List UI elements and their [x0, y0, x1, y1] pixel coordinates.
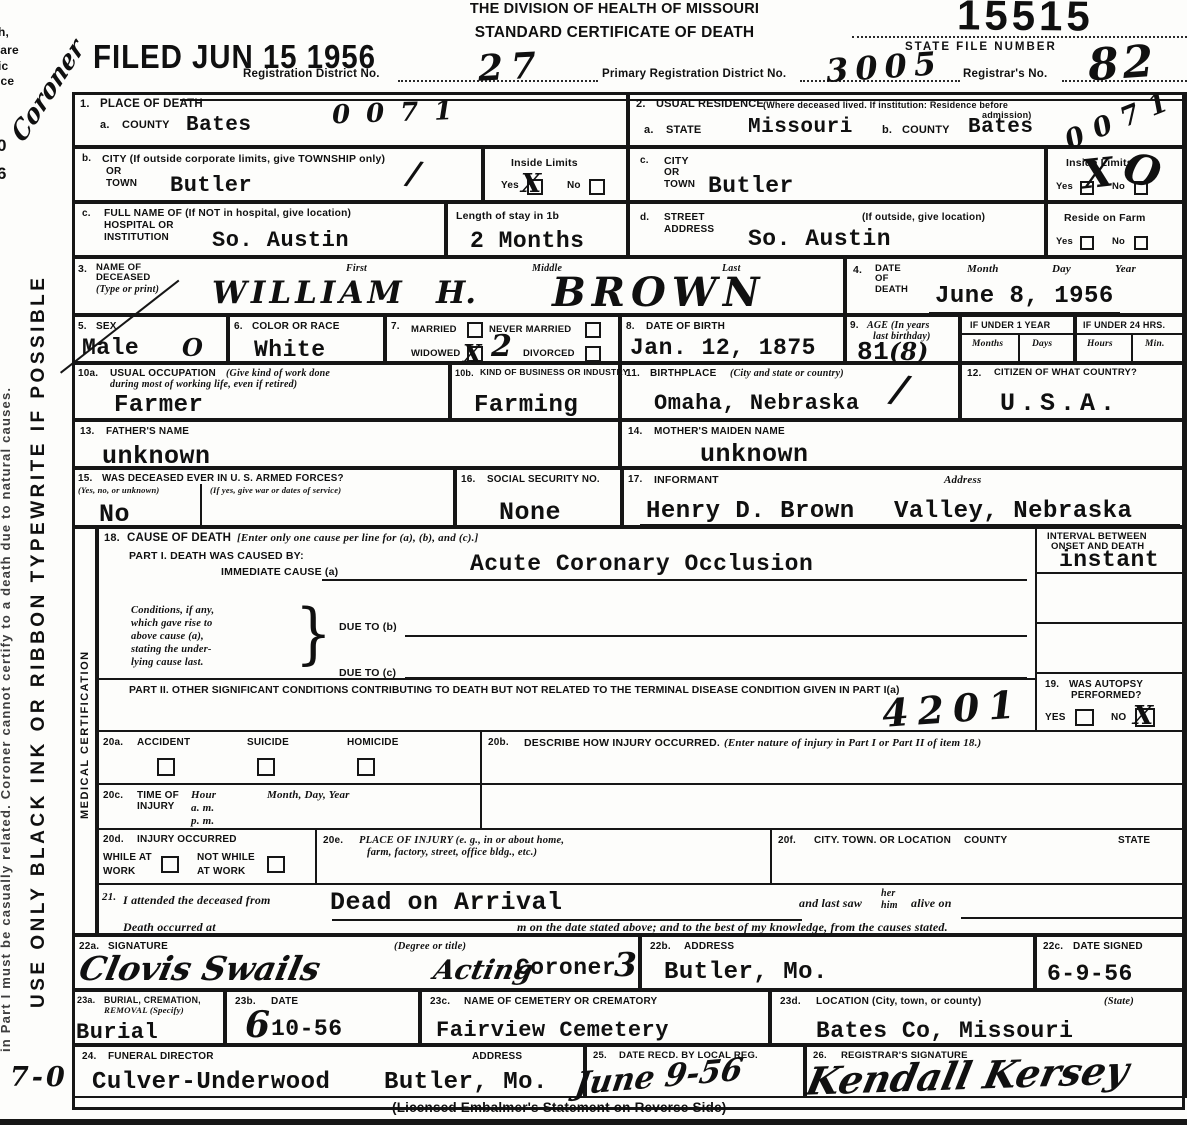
sub-label: a. [644, 124, 654, 137]
conditions-label: lying cause last. [131, 657, 204, 669]
state-label: STATE [1118, 835, 1150, 847]
street-value: So. Austin [748, 226, 891, 252]
margin-page-code: 7-0 [10, 1062, 68, 1093]
medical-certification-strip: MEDICAL CERTIFICATION [72, 527, 97, 935]
field-6-color-or-race: 6. COLOR OR RACE White [228, 315, 385, 363]
field-no: 15. [78, 473, 93, 485]
field-12-citizen: 12. CITIZEN OF WHAT COUNTRY? U.S.A. [960, 363, 1187, 420]
field-10a-occupation: 10a. USUAL OCCUPATION (Give kind of work… [72, 363, 450, 420]
field-label: REMOVAL (Specify) [104, 1005, 184, 1015]
yes-label: YES [1045, 712, 1066, 724]
no-checkbox [1134, 236, 1148, 250]
field-no: 23d. [780, 996, 801, 1008]
field-label: CAUSE OF DEATH [127, 532, 231, 545]
edge-fragment: fare [0, 44, 19, 58]
hospital-value: So. Austin [212, 228, 349, 253]
cause-a-line [322, 579, 1027, 581]
field-no: 24. [82, 1051, 97, 1063]
her-label: her [881, 888, 896, 900]
due-b-line [405, 635, 1027, 637]
months-label: Months [972, 339, 1003, 350]
field-label: DESCRIBE HOW INJURY OCCURRED. [524, 737, 720, 749]
sub-label: HOSPITAL OR [104, 220, 174, 232]
married-checkbox [467, 322, 483, 338]
field-label: CITY [664, 155, 689, 167]
field-no: 10b. [455, 368, 474, 378]
divider [1131, 333, 1133, 361]
sub-label: OR [664, 167, 679, 179]
primary-registration-district-value: 3005 [825, 44, 944, 90]
field-no: 25. [593, 1051, 607, 1062]
city-value: Butler [170, 173, 252, 198]
residence-limits-x-mark: X [1080, 149, 1116, 199]
month-day-year-label: Month, Day, Year [267, 789, 350, 802]
sub-label: COUNTY [902, 124, 950, 137]
birthplace-value: Omaha, Nebraska [654, 391, 860, 416]
field-label: LOCATION (City, town, or county) [816, 996, 981, 1008]
title-line2: STANDARD CERTIFICATE OF DEATH [437, 24, 792, 42]
funeral-director-value: Culver-Underwood [92, 1069, 330, 1096]
interval-cell: INTERVAL BETWEEN ONSET AND DEATH instant [1035, 527, 1187, 574]
accident-label: ACCIDENT [137, 737, 190, 749]
field-5-sex: 5. SEX Male O [72, 315, 228, 363]
field-1b-inside-limits: Inside Limits Yes No X [483, 147, 628, 202]
conditions-label: stating the under- [131, 644, 212, 656]
under-1-year-label: IF UNDER 1 YEAR [970, 320, 1050, 330]
attended-text: m on the date stated above; and to the b… [517, 921, 948, 935]
immediate-cause-label: IMMEDIATE CAUSE (a) [221, 566, 338, 578]
edge-fragment: 6 [0, 164, 7, 184]
field-label: INJURY OCCURRED [137, 834, 237, 846]
county-label: COUNTY [964, 835, 1007, 847]
date-signed-value: 6-9-56 [1047, 961, 1133, 987]
race-value: White [254, 337, 326, 363]
primary-registration-district-label: Primary Registration District No. [602, 68, 786, 81]
divider [200, 484, 202, 525]
field-label-paren: (Where deceased lived. If institution: R… [763, 100, 1008, 110]
field-label-paren: [Enter only one cause per line for (a), … [237, 532, 478, 545]
autopsy-label: PERFORMED? [1071, 690, 1142, 701]
field-no: 1. [80, 98, 90, 111]
degree-label: (Degree or title) [394, 941, 466, 953]
divorced-checkbox [585, 346, 601, 362]
ssn-value: None [499, 498, 561, 527]
sub-label: a. [100, 119, 110, 132]
edge-fragment: ice [0, 75, 14, 89]
field-23d-location: 23d. LOCATION (City, town, or county) (S… [770, 990, 1187, 1045]
degree-typed: Coroner [516, 955, 616, 981]
not-while-at-work-checkbox [267, 856, 285, 873]
father-value: unknown [102, 442, 211, 471]
field-label: AGE (In years [867, 320, 930, 332]
field-no: 20e. [323, 835, 343, 847]
farm-label: Reside on Farm [1064, 212, 1146, 224]
field-label-paren: (Give kind of work done [226, 368, 330, 380]
sub-label: b. [882, 124, 892, 137]
field-no: 18. [104, 532, 120, 545]
under-24-hrs-label: IF UNDER 24 HRS. [1083, 320, 1165, 330]
county-value: Bates [968, 116, 1034, 139]
field-no: 20f. [778, 835, 796, 847]
while-at-work-label: WHILE AT [103, 852, 152, 864]
attended-text: alive on [911, 897, 952, 911]
suicide-label: SUICIDE [247, 737, 289, 749]
address-label: Address [944, 474, 981, 487]
date-of-death-value: June 8, 1956 [929, 283, 1120, 314]
registrars-no-value: 82 [1086, 36, 1159, 92]
age-mark: (8) [889, 337, 928, 366]
field-label-paren: (Enter nature of injury in Part I or Par… [724, 737, 981, 750]
part2-label: PART II. OTHER SIGNIFICANT CONDITIONS CO… [129, 685, 900, 697]
field-no: 5. [78, 321, 87, 333]
field-1c-hospital: c. FULL NAME OF (If NOT in hospital, giv… [72, 202, 446, 257]
attended-text: and last saw [799, 897, 862, 911]
field-16-ssn: 16. SOCIAL SECURITY NO. None [455, 468, 622, 527]
field-24-funeral-director: 24. FUNERAL DIRECTOR ADDRESS Culver-Unde… [72, 1045, 585, 1098]
yes-x-mark: X [521, 169, 541, 199]
field-no: 20a. [103, 737, 123, 749]
no-label: NO [1111, 712, 1126, 724]
citizen-value: U.S.A. [1000, 389, 1120, 421]
field-no: b. [82, 153, 91, 165]
yes-label: Yes [501, 180, 519, 192]
field-20b-describe-injury: 20b. DESCRIBE HOW INJURY OCCURRED. (Ente… [480, 730, 1187, 785]
month-label: Month [967, 263, 999, 276]
field-label: DATE SIGNED [1073, 941, 1143, 953]
field-22b-address: 22b. ADDRESS Butler, Mo. [640, 935, 1035, 990]
not-while-label: NOT WHILE [197, 852, 255, 864]
title-line1: THE DIVISION OF HEALTH OF MISSOURI [437, 1, 792, 18]
edge-fragment: ic [0, 60, 8, 74]
brace-glyph: } [295, 594, 332, 672]
field-20c-time-of-injury: 20c. TIME OF INJURY Hour a. m. p. m. Mon… [97, 783, 482, 830]
field-no: 14. [628, 426, 643, 438]
margin-vertical-note-faint: in Part I must be casually related. Coro… [0, 387, 14, 1052]
no-checkbox [589, 179, 605, 195]
footer-note: (Licensed Embalmer's Statement on Revers… [392, 1100, 726, 1116]
field-23c-cemetery: 23c. NAME OF CEMETERY OR CREMATORY Fairv… [420, 990, 770, 1045]
field-no: 20d. [103, 834, 124, 846]
field-13-father: 13. FATHER'S NAME unknown [72, 420, 620, 468]
field-no: 7. [391, 321, 400, 333]
interval-cell-b [1035, 572, 1187, 624]
field-25-date-received: 25. DATE RECD. BY LOCAL REG. June 9-56 [585, 1045, 805, 1098]
field-label: USUAL RESIDENCE [656, 98, 764, 111]
name-first-value: William [212, 275, 406, 311]
autopsy-label: WAS AUTOPSY [1069, 679, 1143, 690]
marital-note-2: 2 [491, 329, 512, 364]
widowed-label: WIDOWED [411, 349, 460, 360]
margin-vertical-note-bold: USE ONLY BLACK INK OR RIBBON TYPEWRITE I… [28, 275, 50, 1008]
year-label: Year [1115, 263, 1136, 276]
while-at-work-checkbox [161, 856, 179, 873]
field-2c-inside-limits: Inside Limits Yes No [1046, 147, 1187, 202]
state-label: (State) [1104, 996, 1134, 1008]
am-label: a. m. [191, 802, 214, 815]
field-label: BIRTHPLACE [650, 368, 716, 380]
field-label-paren: (If yes, give war or dates of service) [210, 486, 341, 496]
county-value: Bates [186, 114, 252, 137]
field-label: PLACE OF INJURY (e. g., in or about home… [359, 835, 564, 847]
conditions-label: above cause (a), [131, 631, 204, 643]
field-no: 23c. [430, 996, 450, 1008]
inside-limits-label: Inside Limits [511, 157, 578, 169]
field-no: c. [640, 155, 649, 167]
registration-district-label: Registration District No. [243, 68, 380, 81]
interval-cell-c [1035, 622, 1187, 674]
conditions-label: Conditions, if any, [131, 605, 214, 617]
field-label: DATE OF BIRTH [646, 321, 725, 333]
field-23b-date: 23b. DATE 6 10-56 [225, 990, 420, 1045]
field-21-attended: 21. I attended the deceased from and las… [97, 883, 1187, 935]
edge-fragment: 0 [0, 136, 7, 156]
stay-value: 2 Months [470, 228, 584, 254]
days-label: Days [1032, 339, 1052, 350]
address-value: Butler, Mo. [664, 959, 828, 986]
field-label-paren: (City and state or country) [730, 368, 844, 380]
field-no: 2. [636, 98, 646, 111]
field-2d-reside-on-farm: Reside on Farm Yes No [1046, 202, 1187, 257]
field-9-if-under-1-year: IF UNDER 1 YEAR Months Days [960, 315, 1075, 363]
married-label: MARRIED [411, 325, 457, 336]
field-label: DEATH [875, 285, 908, 296]
field-14-mother: 14. MOTHER'S MAIDEN NAME unknown [620, 420, 1187, 468]
field-label: USUAL OCCUPATION [110, 368, 216, 380]
no-x-mark: X [1133, 701, 1153, 731]
state-file-number-value: 15515 [957, 0, 1094, 41]
field-19-autopsy: 19. WAS AUTOPSY PERFORMED? YES NO X [1035, 672, 1187, 732]
date-value: 10-56 [271, 1016, 343, 1042]
field-label: TIME OF [137, 790, 179, 802]
field-label: ADDRESS [684, 941, 734, 953]
field-8-date-of-birth: 8. DATE OF BIRTH Jan. 12, 1875 [620, 315, 845, 363]
occupation-value: Farmer [114, 392, 203, 419]
not-while-label: AT WORK [197, 866, 245, 878]
field-label: INFORMANT [654, 474, 719, 486]
accident-checkbox [157, 758, 175, 776]
attended-text: I attended the deceased from [123, 894, 271, 908]
field-label-paren: during most of working life, even if ret… [110, 379, 297, 391]
field-label: BURIAL, CREMATION, [104, 995, 201, 1005]
field-label: MOTHER'S MAIDEN NAME [654, 426, 785, 438]
field-label-paren: (If outside, give location) [862, 212, 985, 224]
field-4-date-of-death: 4. DATE OF DEATH Month Day Year June 8, … [845, 257, 1187, 315]
field-label: PLACE OF DEATH [100, 98, 203, 111]
field-label: FULL NAME OF (If NOT in hospital, give l… [104, 208, 351, 220]
field-2d-street: d. STREET ADDRESS (If outside, give loca… [628, 202, 1046, 257]
sex-mark: O [182, 333, 203, 362]
day-label: Day [1052, 263, 1071, 276]
field-no: 22b. [650, 941, 671, 953]
field-20d-injury-occurred: 20d. INJURY OCCURRED WHILE AT WORK NOT W… [97, 828, 317, 885]
field-no: 20b. [488, 737, 509, 749]
mother-value: unknown [700, 440, 809, 469]
field-label: FUNERAL DIRECTOR [108, 1051, 214, 1063]
field-label: COLOR OR RACE [252, 321, 340, 333]
field-label: SEX [96, 321, 117, 333]
bottom-scan-edge [0, 1119, 1187, 1125]
no-label: No [1112, 237, 1125, 248]
sub-label: STATE [666, 124, 701, 137]
field-18-cause-of-death: 18. CAUSE OF DEATH [Enter only one cause… [97, 527, 1037, 680]
hours-label: Hours [1087, 339, 1113, 350]
state-value: Missouri [748, 116, 853, 139]
yes-checkbox [1080, 236, 1094, 250]
registration-district-value: 27 [477, 44, 545, 89]
field-label: KIND OF BUSINESS OR INDUSTRY [480, 368, 629, 378]
field-no: 23a. [77, 995, 95, 1005]
field-no: 11. [626, 368, 640, 380]
divorced-label: DIVORCED [523, 349, 575, 360]
while-at-work-label: WORK [103, 866, 135, 878]
field-no: c. [82, 208, 91, 220]
informant-value: Henry D. Brown [646, 498, 855, 525]
field-label: NAME OF CEMETERY OR CREMATORY [464, 996, 657, 1008]
field-9-if-under-24-hrs: IF UNDER 24 HRS. Hours Min. [1075, 315, 1187, 363]
field-17-informant: 17. INFORMANT Address Henry D. Brown Val… [622, 468, 1187, 527]
field-label: SOCIAL SECURITY NO. [487, 474, 600, 485]
field-no: 12. [967, 368, 982, 380]
field-20c-right-empty [480, 783, 1187, 830]
underline [640, 524, 1180, 526]
field-label: WAS DECEASED EVER IN U. S. ARMED FORCES? [102, 473, 344, 484]
field-22c-date-signed: 22c. DATE SIGNED 6-9-56 [1035, 935, 1187, 990]
underline [961, 917, 1183, 919]
field-label: CITY. TOWN. OR LOCATION [814, 835, 951, 847]
degree-mark: 3 [614, 945, 637, 984]
edge-fragment: h, [0, 26, 9, 40]
county-code-handwritten: 0071 [332, 96, 469, 131]
name-middle-value: H. [436, 275, 476, 311]
date-handwritten-6: 6 [245, 1004, 270, 1046]
burial-value: Burial [76, 1020, 158, 1045]
sub-label: INSTITUTION [104, 232, 169, 244]
medical-certification-label: MEDICAL CERTIFICATION [79, 650, 92, 819]
field-no: d. [640, 212, 649, 224]
field-label-paren: (Yes, no, or unknown) [78, 486, 159, 496]
yes-label: Yes [1056, 237, 1073, 248]
industry-value: Farming [474, 392, 578, 419]
sub-label: TOWN [664, 179, 695, 191]
field-1c-length-of-stay: Length of stay in 1b 2 Months [446, 202, 628, 257]
field-3-name-of-deceased: 3. NAME OF DECEASED (Type or print) Firs… [72, 257, 845, 315]
address-label: ADDRESS [472, 1051, 522, 1063]
field-9-age: 9. AGE (In years last birthday) 81 (8) [845, 315, 960, 363]
field-no: 6. [234, 321, 243, 333]
part1-label: PART I. DEATH WAS CAUSED BY: [129, 550, 304, 562]
field-no: 16. [461, 474, 476, 486]
no-label: No [567, 180, 581, 192]
attended-value: Dead on Arrival [330, 888, 563, 917]
cemetery-value: Fairview Cemetery [436, 1018, 669, 1046]
field-26-registrar-signature: 26. REGISTRAR'S SIGNATURE Kendall Kersey [805, 1045, 1187, 1098]
field-7-marital-status: 7. MARRIED NEVER MARRIED WIDOWED X 2 DIV… [385, 315, 620, 363]
funeral-address-value: Butler, Mo. [384, 1069, 548, 1096]
interval-value: instant [1059, 547, 1159, 573]
stay-label: Length of stay in 1b [456, 210, 559, 222]
sub-label: OR [106, 166, 121, 178]
field-15-armed-forces: 15. WAS DECEASED EVER IN U. S. ARMED FOR… [72, 468, 455, 527]
field-no: 13. [80, 426, 95, 438]
field-label: ADDRESS [664, 224, 714, 236]
field-label: DECEASED [96, 273, 150, 284]
field-label-paren: (Type or print) [96, 284, 159, 296]
informant-address-value: Valley, Nebraska [894, 498, 1132, 525]
homicide-checkbox [357, 758, 375, 776]
field-20a-accident: 20a. ACCIDENT SUICIDE HOMICIDE [97, 730, 482, 785]
never-married-checkbox [585, 322, 601, 338]
sub-label: TOWN [106, 178, 137, 190]
field-no: 22c. [1043, 941, 1063, 953]
conditions-label: which gave rise to [131, 618, 212, 630]
field-no: 9. [850, 320, 859, 332]
field-20e-place-of-injury: 20e. PLACE OF INJURY (e. g., in or about… [315, 828, 772, 885]
yes-label: Yes [1056, 182, 1073, 193]
field-label: INJURY [137, 801, 175, 813]
pm-label: p. m. [191, 815, 214, 828]
suicide-checkbox [257, 758, 275, 776]
field-no: 8. [626, 321, 635, 333]
divider [1018, 333, 1020, 361]
sex-value: Male [82, 335, 139, 361]
field-20f-city-town-location: 20f. CITY. TOWN. OR LOCATION COUNTY STAT… [770, 828, 1187, 885]
field-22a-signature: 22a. SIGNATURE Clovis Swails (Degree or … [72, 935, 640, 990]
field-label: FATHER'S NAME [106, 426, 189, 438]
attended-text: Death occurred at [123, 921, 216, 935]
death-certificate-scan: FILED JUN 15 1956 THE DIVISION OF HEALTH… [0, 0, 1187, 1125]
armed-forces-value: No [99, 500, 130, 529]
min-label: Min. [1145, 339, 1165, 350]
field-no: 20c. [103, 790, 123, 802]
field-23a-burial: 23a. BURIAL, CREMATION, REMOVAL (Specify… [72, 990, 225, 1045]
city-value: Butler [708, 173, 794, 199]
field-label: DATE [271, 996, 298, 1008]
signature-value: Clovis Swails [76, 949, 324, 988]
field-label: CITY (If outside corporate limits, give … [102, 153, 385, 165]
due-to-b-label: DUE TO (b) [339, 621, 397, 633]
registrars-no-label: Registrar's No. [963, 68, 1047, 81]
field-label: STREET [664, 212, 705, 224]
first-label: First [346, 263, 367, 275]
cause-a-value: Acute Coronary Occlusion [470, 551, 813, 577]
field-no: 4. [853, 264, 862, 276]
homicide-label: HOMICIDE [347, 737, 399, 749]
field-no: 10a. [78, 368, 98, 380]
field-10b-industry: 10b. KIND OF BUSINESS OR INDUSTRY Farmin… [450, 363, 620, 420]
field-label: CITIZEN OF WHAT COUNTRY? [994, 368, 1137, 379]
field-no: 19. [1045, 679, 1059, 690]
field-no: 3. [78, 263, 87, 275]
field-label: farm, factory, street, office bldg., etc… [367, 847, 537, 859]
field-no: 17. [628, 474, 643, 486]
yes-checkbox [1075, 709, 1094, 726]
date-of-birth-value: Jan. 12, 1875 [630, 335, 816, 365]
field-2c-city: c. CITY OR TOWN Butler [628, 147, 1046, 202]
sub-label: COUNTY [122, 119, 170, 132]
field-no: 21. [102, 891, 116, 904]
name-last-value: Brown [552, 269, 765, 316]
him-label: him [881, 900, 898, 912]
location-value: Bates Co, Missouri [816, 1018, 1073, 1047]
hour-label: Hour [191, 789, 216, 802]
